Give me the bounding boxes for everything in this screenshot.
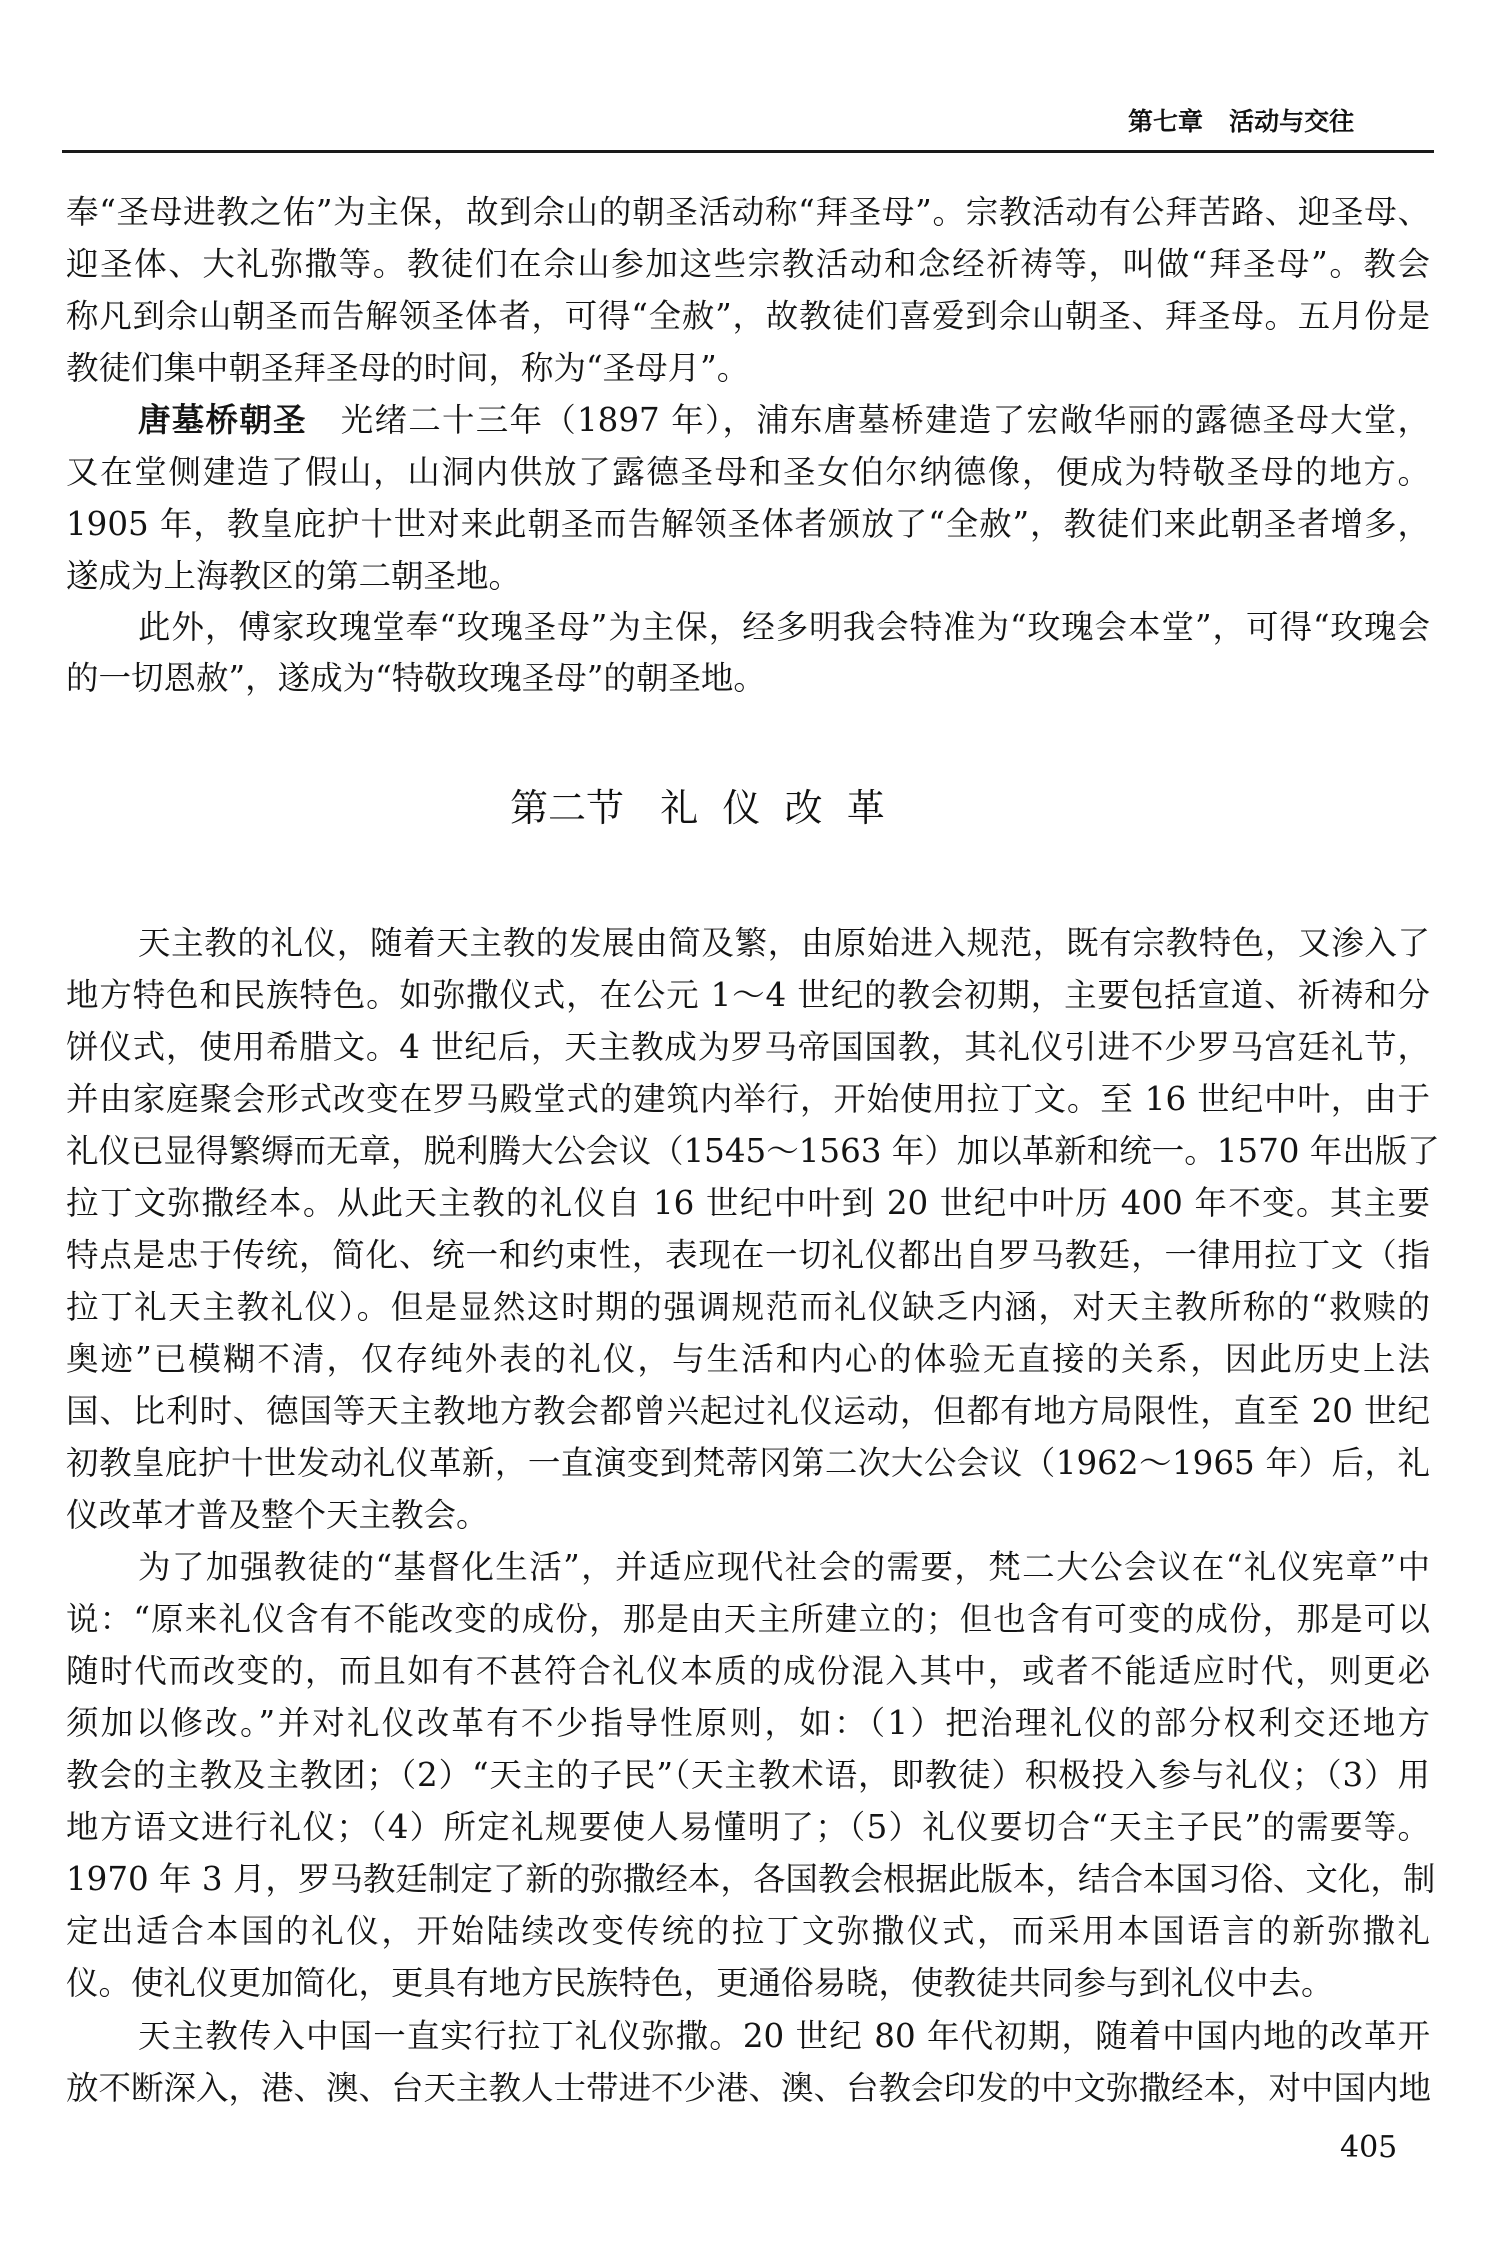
text-line: 遂成为上海教区的第二朝圣地。 [66, 550, 1430, 602]
text-line: 教徒们集中朝圣拜圣母的时间，称为“圣母月”。 [66, 342, 1430, 394]
section-title: 第二节 礼 仪 改 革 [510, 780, 990, 836]
text-line: 唐墓桥朝圣光绪二十三年（1897 年），浦东唐墓桥建造了宏敞华丽的露德圣母大堂， [138, 394, 1430, 446]
text-line: 仪改革才普及整个天主教会。 [66, 1489, 1430, 1541]
text-line: 天主教的礼仪，随着天主教的发展由简及繁，由原始进入规范，既有宗教特色，又渗入了 [138, 917, 1430, 969]
text-line: 的一切恩赦”，遂成为“特敬玫瑰圣母”的朝圣地。 [66, 652, 1430, 704]
text-line: 地方语文进行礼仪；（4）所定礼规要使人易懂明了；（5）礼仪要切合“天主子民”的需… [66, 1801, 1430, 1853]
text-line: 为了加强教徒的“基督化生活”，并适应现代社会的需要，梵二大公会议在“礼仪宪章”中 [138, 1541, 1430, 1593]
text-line: 饼仪式，使用希腊文。4 世纪后，天主教成为罗马帝国国教，其礼仪引进不少罗马宫廷礼… [66, 1021, 1430, 1073]
running-head: 第七章 活动与交往 [1128, 100, 1428, 144]
text-line: 定出适合本国的礼仪，开始陆续改变传统的拉丁文弥撒仪式，而采用本国语言的新弥撒礼 [66, 1905, 1430, 1957]
page-number: 405 [1340, 2128, 1410, 2168]
text-line: 放不断深入，港、澳、台天主教人士带进不少港、澳、台教会印发的中文弥撒经本，对中国… [66, 2062, 1430, 2114]
text-line: 奥迹”已模糊不清，仅存纯外表的礼仪，与生活和内心的体验无直接的关系，因此历史上法 [66, 1333, 1430, 1385]
text-line: 仪。使礼仪更加简化，更具有地方民族特色，更通俗易晓，使教徒共同参与到礼仪中去。 [66, 1957, 1430, 2009]
text-line: 地方特色和民族特色。如弥撒仪式，在公元 1～4 世纪的教会初期，主要包括宣道、祈… [66, 969, 1430, 1021]
text-line: 称凡到佘山朝圣而告解领圣体者，可得“全赦”，故教徒们喜爱到佘山朝圣、拜圣母。五月… [66, 290, 1430, 342]
text-line: 奉“圣母进教之佑”为主保，故到佘山的朝圣活动称“拜圣母”。宗教活动有公拜苦路、迎… [66, 186, 1430, 238]
text-line: 随时代而改变的，而且如有不甚符合礼仪本质的成份混入其中，或者不能适应时代，则更必 [66, 1645, 1430, 1697]
text-line-body: 光绪二十三年（1897 年），浦东唐墓桥建造了宏敞华丽的露德圣母大堂， [341, 401, 1430, 439]
text-line: 国、比利时、德国等天主教地方教会都曾兴起过礼仪运动，但都有地方局限性，直至 20… [66, 1385, 1430, 1437]
text-line: 天主教传入中国一直实行拉丁礼仪弥撒。20 世纪 80 年代初期，随着中国内地的改… [138, 2010, 1430, 2062]
text-line: 迎圣体、大礼弥撒等。教徒们在佘山参加这些宗教活动和念经祈祷等，叫做“拜圣母”。教… [66, 238, 1430, 290]
text-line: 1970 年 3 月，罗马教廷制定了新的弥撒经本，各国教会根据此版本，结合本国习… [66, 1853, 1430, 1905]
text-line: 初教皇庇护十世发动礼仪革新，一直演变到梵蒂冈第二次大公会议（1962～1965 … [66, 1437, 1430, 1489]
text-line: 此外，傅家玫瑰堂奉“玫瑰圣母”为主保，经多明我会特准为“玫瑰会本堂”，可得“玫瑰… [138, 601, 1430, 653]
text-line: 特点是忠于传统，简化、统一和约束性，表现在一切礼仪都出自罗马教廷，一律用拉丁文（… [66, 1229, 1430, 1281]
run-in-heading: 唐墓桥朝圣 [138, 401, 307, 439]
text-line: 1905 年，教皇庇护十世对来此朝圣而告解领圣体者颁放了“全赦”，教徒们来此朝圣… [66, 498, 1430, 550]
text-line: 教会的主教及主教团；（2）“天主的子民”（天主教术语，即教徒）积极投入参与礼仪；… [66, 1749, 1430, 1801]
text-line: 礼仪已显得繁缛而无章，脱利腾大公会议（1545～1563 年）加以革新和统一。1… [66, 1125, 1430, 1177]
text-line: 并由家庭聚会形式改变在罗马殿堂式的建筑内举行，开始使用拉丁文。至 16 世纪中叶… [66, 1073, 1430, 1125]
text-line: 说：“原来礼仪含有不能改变的成份，那是由天主所建立的；但也含有可变的成份，那是可… [66, 1593, 1430, 1645]
text-line: 须加以修改。”并对礼仪改革有不少指导性原则，如：（1）把治理礼仪的部分权利交还地… [66, 1697, 1430, 1749]
text-line: 又在堂侧建造了假山，山洞内供放了露德圣母和圣女伯尔纳德像，便成为特敬圣母的地方。 [66, 446, 1430, 498]
header-rule [62, 150, 1434, 153]
text-line: 拉丁礼天主教礼仪）。但是显然这时期的强调规范而礼仪缺乏内涵，对天主教所称的“救赎… [66, 1281, 1430, 1333]
text-line: 拉丁文弥撒经本。从此天主教的礼仪自 16 世纪中叶到 20 世纪中叶历 400 … [66, 1177, 1430, 1229]
